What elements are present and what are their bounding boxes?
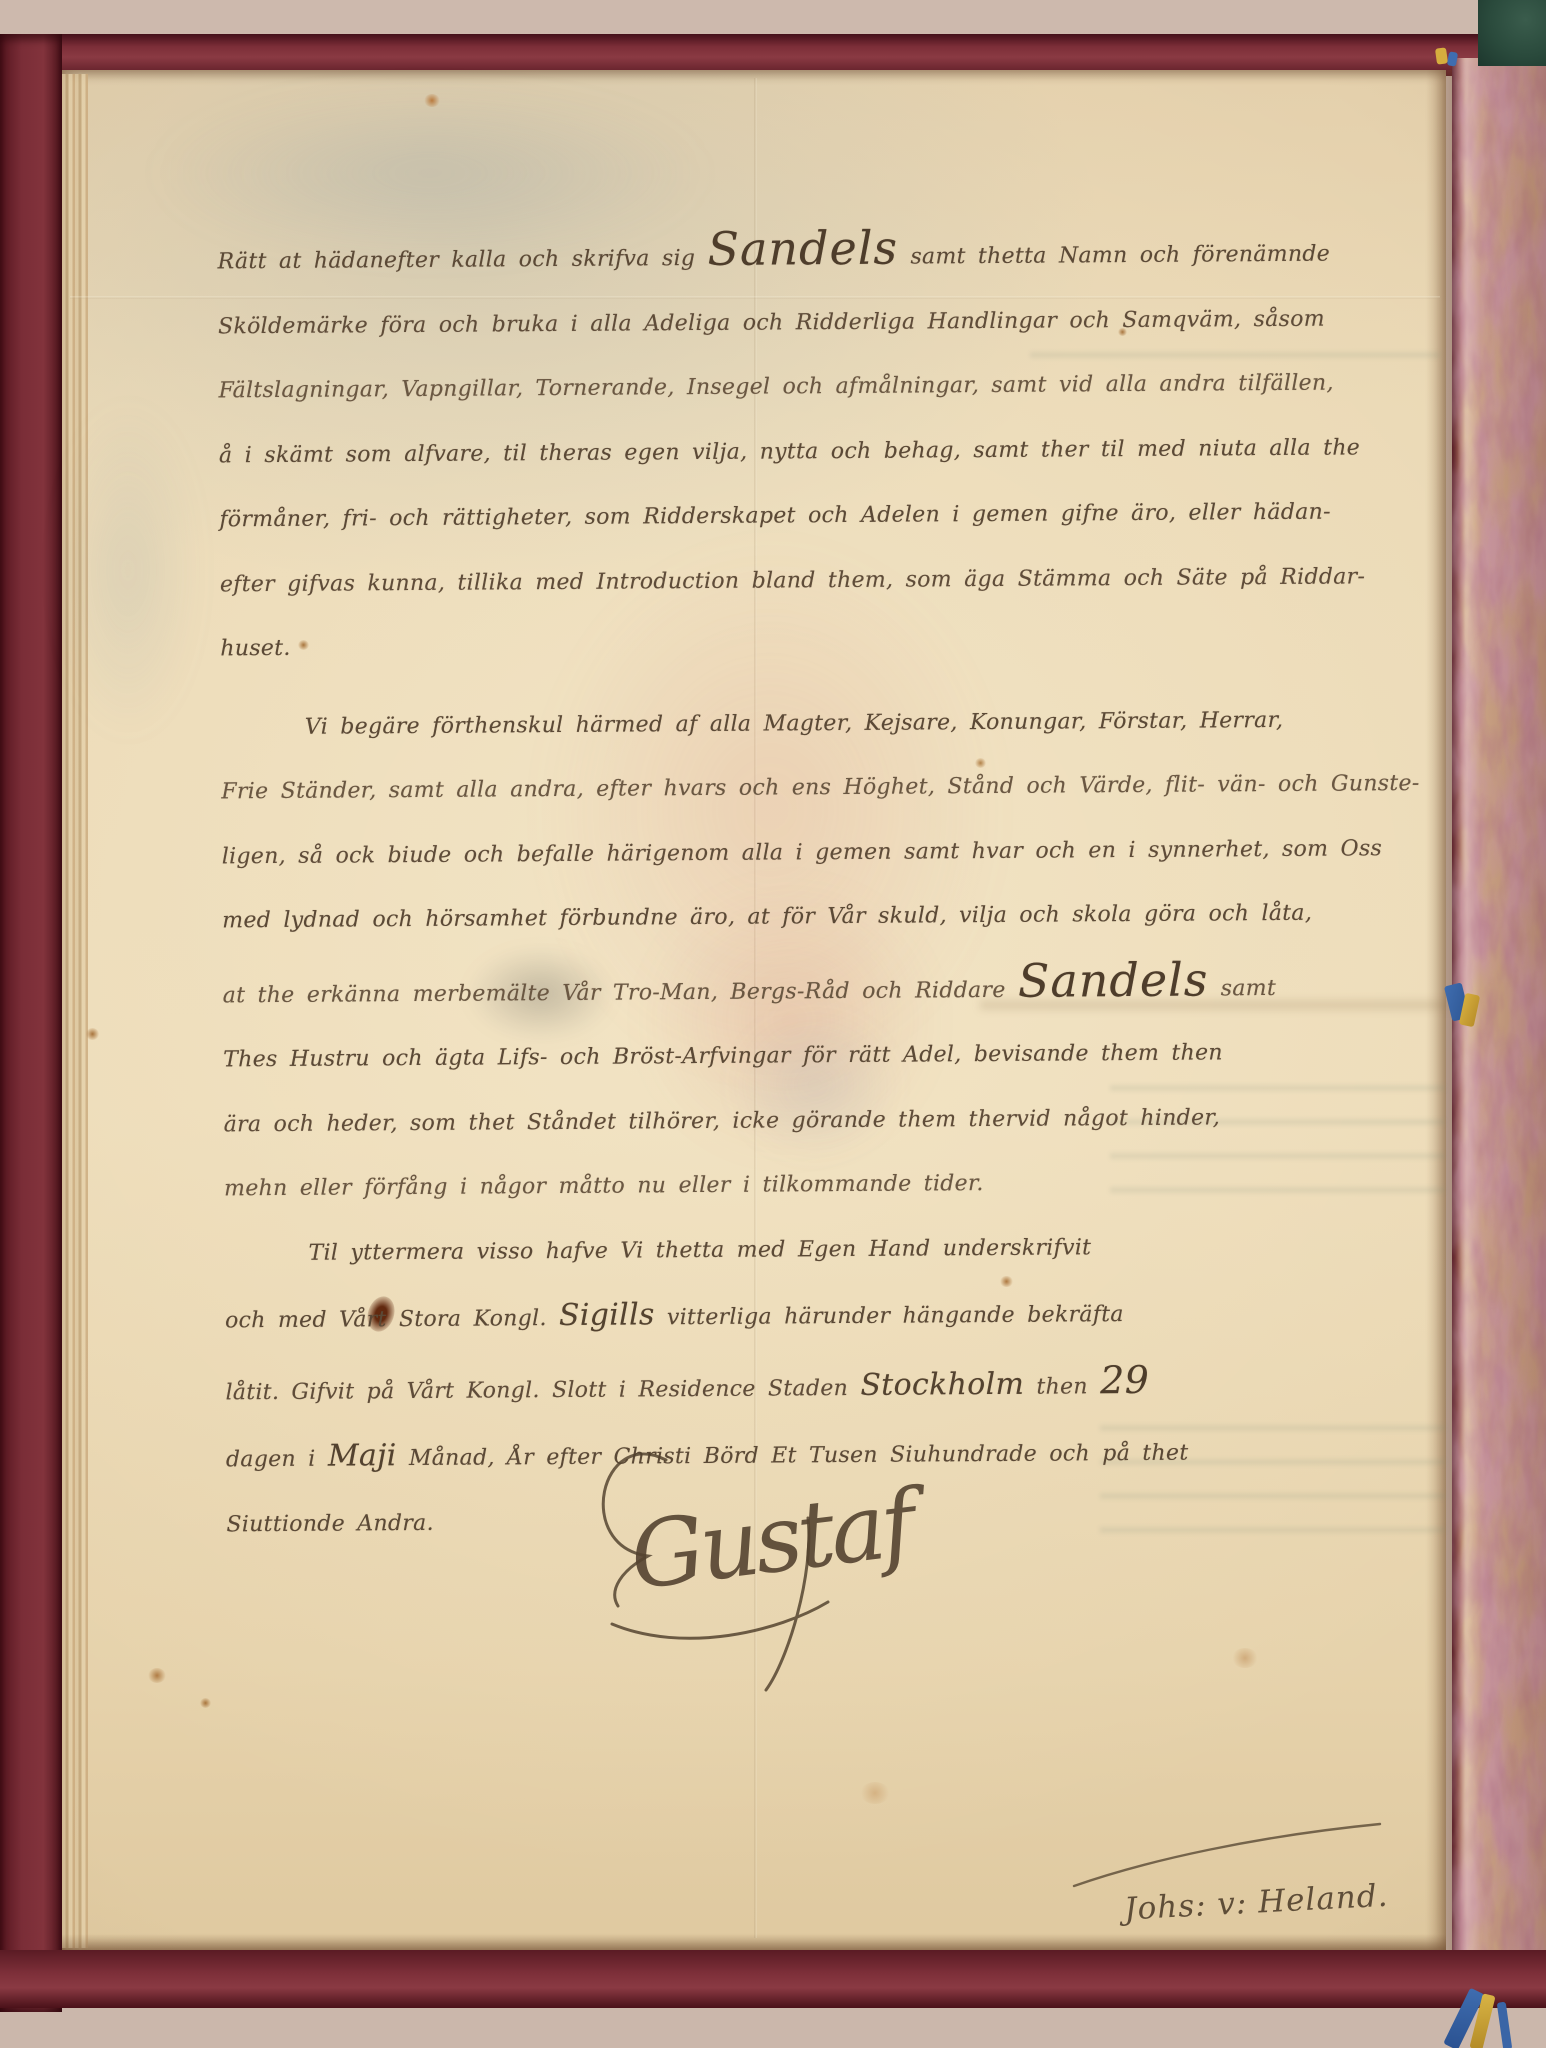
book-cover-bottom-edge xyxy=(0,1950,1546,2008)
manuscript-line: och med Vårt Stora Kongl. Sigills vitter… xyxy=(225,1278,1465,1354)
manuscript-text-segment: Siuttionde Andra. xyxy=(226,1510,434,1536)
manuscript-text-segment: Thes Hustru och ägta Lifs- och Bröst-Arf… xyxy=(223,1040,1223,1072)
green-cloth-corner xyxy=(1478,0,1546,66)
manuscript-text-segment: å i skämt som alfvare, til theras egen v… xyxy=(219,435,1360,468)
manuscript-text-segment: then xyxy=(1024,1374,1100,1400)
countersignature-name: Johs: v: Heland. xyxy=(1117,1878,1389,1928)
manuscript-text-segment: Sandels xyxy=(1018,952,1209,1007)
manuscript-line: at the erkänna merbemälte Vår Tro-Man, B… xyxy=(222,945,1462,1028)
manuscript-line: mehn eller förfång i någor måtto nu elle… xyxy=(224,1149,1464,1222)
manuscript-text-segment: Maji xyxy=(328,1438,397,1473)
manuscript-text-segment: ära och heder, som thet Ståndet tilhörer… xyxy=(224,1105,1221,1137)
manuscript-line: efter gifvas kunna, tillika med Introduc… xyxy=(220,544,1460,617)
manuscript-text-segment: efter gifvas kunna, tillika med Introduc… xyxy=(220,564,1365,597)
manuscript-text-segment: samt thetta Namn och förenämnde xyxy=(898,242,1330,270)
manuscript-text-segment: förmåner, fri- och rättigheter, som Ridd… xyxy=(219,500,1331,533)
manuscript-text: Rätt at hädanefter kalla och skrifva sig… xyxy=(217,212,1466,1558)
manuscript-text-segment: Stockholm xyxy=(860,1366,1024,1402)
royal-signature-name: Gustaf xyxy=(625,1468,936,1611)
manuscript-line: med lydnad och hörsamhet förbundne äro, … xyxy=(222,881,1462,954)
countersignature-flourish: Johs: v: Heland. xyxy=(1068,1812,1468,1932)
manuscript-text-segment: Til yttermera visso hafve Vi thetta med … xyxy=(308,1235,1091,1265)
manuscript-text-segment: Fältslagningar, Vapngillar, Tornerande, … xyxy=(218,371,1333,404)
manuscript-line: förmåner, fri- och rättigheter, som Ridd… xyxy=(219,480,1459,553)
foxing-spot xyxy=(424,94,440,107)
foxing-spot xyxy=(86,1028,99,1040)
manuscript-text-segment: Sandels xyxy=(707,221,898,276)
foxing-spot xyxy=(148,1668,166,1683)
manuscript-line: Thes Hustru och ägta Lifs- och Bröst-Arf… xyxy=(223,1020,1463,1093)
bookmark-ribbon-yellow xyxy=(1435,47,1448,64)
manuscript-text-segment: vitterliga härunder hängande bekräfta xyxy=(655,1302,1124,1330)
manuscript-text-segment: Sköldemärke föra och bruka i alla Adelig… xyxy=(218,306,1325,339)
manuscript-line: låtit. Gifvit på Vårt Kongl. Slott i Res… xyxy=(225,1345,1465,1425)
manuscript-text-segment: Vi begäre förthenskul härmed af alla Mag… xyxy=(305,707,1284,739)
countersignature: Johs: v: Heland. xyxy=(1068,1812,1468,1932)
manuscript-text-segment: och med Vårt Stora Kongl. xyxy=(225,1306,559,1333)
manuscript-line: Rätt at hädanefter kalla och skrifva sig… xyxy=(217,212,1457,295)
manuscript-line: Frie Ständer, samt alla andra, efter hva… xyxy=(221,752,1461,825)
manuscript-line: ära och heder, som thet Ståndet tilhörer… xyxy=(223,1084,1463,1157)
book-cover-left-edge xyxy=(0,34,62,2012)
manuscript-text-segment: huset. xyxy=(220,636,290,661)
royal-signature-flourish: Gustaf xyxy=(556,1418,936,1708)
manuscript-text-segment: ligen, så ock biude och befalle härigeno… xyxy=(222,836,1382,869)
manuscript-text-segment: Sigills xyxy=(559,1297,655,1333)
manuscript-line: Til yttermera visso hafve Vi thetta med … xyxy=(224,1213,1464,1286)
manuscript-text-segment: med lydnad och hörsamhet förbundne äro, … xyxy=(222,901,1312,934)
manuscript-text-segment: samt xyxy=(1208,975,1276,1000)
manuscript-line: Fältslagningar, Vapngillar, Tornerande, … xyxy=(218,351,1458,424)
foxing-spot xyxy=(200,1698,211,1708)
manuscript-text-segment: Rätt at hädanefter kalla och skrifva sig xyxy=(218,246,708,274)
page-stack-edge xyxy=(62,74,88,1948)
manuscript-line: huset. xyxy=(220,609,1460,682)
manuscript-text-segment: mehn eller förfång i någor måtto nu elle… xyxy=(224,1171,984,1201)
manuscript-line: Sköldemärke föra och bruka i alla Adelig… xyxy=(218,286,1458,359)
bleed-smudge xyxy=(58,400,198,740)
manuscript-text-segment: dagen i xyxy=(226,1447,328,1473)
manuscript-text-segment: at the erkänna merbemälte Vår Tro-Man, B… xyxy=(223,977,1018,1008)
manuscript-line: Vi begäre förthenskul härmed af alla Mag… xyxy=(221,687,1461,760)
manuscript-text-segment: 29 xyxy=(1100,1357,1149,1401)
royal-signature: Gustaf xyxy=(556,1418,936,1708)
manuscript-line: ligen, så ock biude och befalle härigeno… xyxy=(222,816,1462,889)
foxing-spot xyxy=(1232,1648,1258,1668)
manuscript-line: å i skämt som alfvare, til theras egen v… xyxy=(219,415,1459,488)
manuscript-text-segment: Frie Ständer, samt alla andra, efter hva… xyxy=(221,771,1419,804)
foxing-spot xyxy=(860,1782,890,1804)
manuscript-text-segment: låtit. Gifvit på Vårt Kongl. Slott i Res… xyxy=(225,1375,860,1404)
